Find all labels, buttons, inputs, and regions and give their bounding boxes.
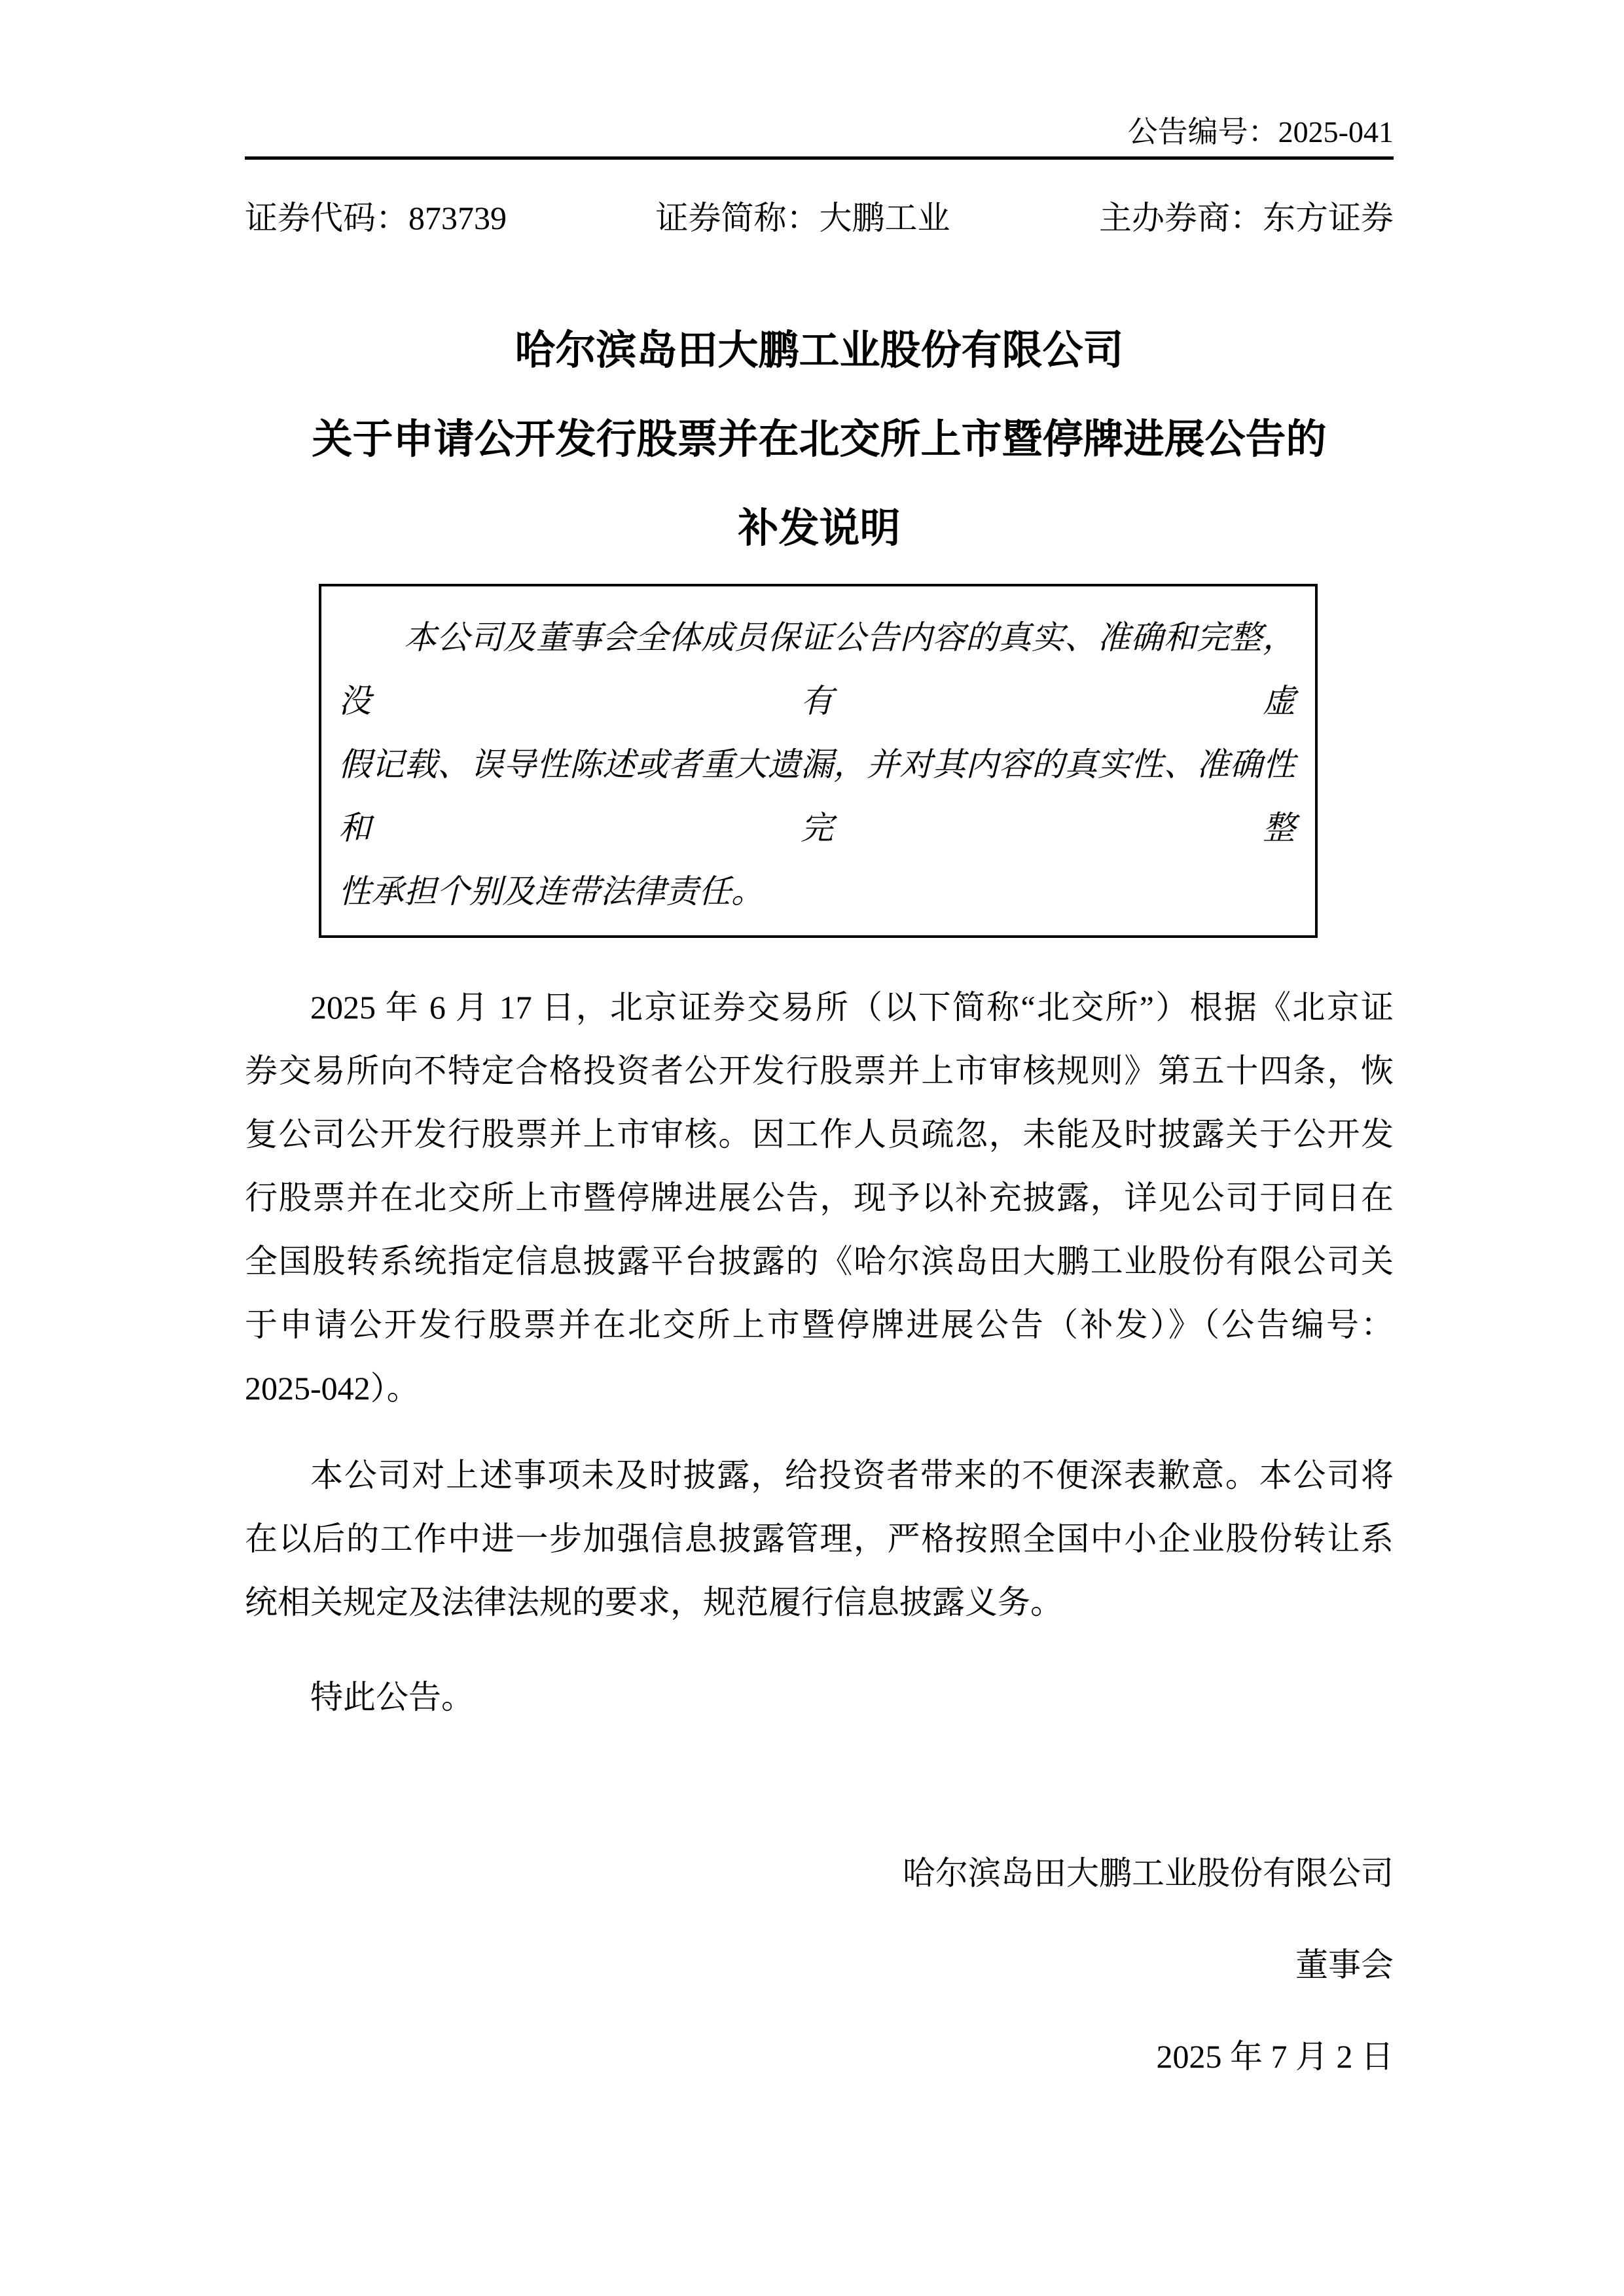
title-line-subject: 关于申请公开发行股票并在北交所上市暨停牌进展公告的	[245, 395, 1394, 484]
disclaimer-line: 假记载、误导性陈述或者重大遗漏，并对其内容的真实性、准确性和完整	[338, 733, 1295, 860]
body-line: 复公司公开发行股票并上市审核。因工作人员疏忽，未能及时披露关于公开发	[245, 1103, 1394, 1166]
body-line: 2025 年 6 月 17 日，北京证券交易所（以下简称“北交所”）根据《北京证	[245, 976, 1394, 1039]
closing-statement: 特此公告。	[245, 1666, 1394, 1729]
body-line: 本公司对上述事项未及时披露，给投资者带来的不便深表歉意。本公司将	[245, 1444, 1394, 1507]
body-line: 统相关规定及法律法规的要求，规范履行信息披露义务。	[245, 1571, 1394, 1634]
body-line: 全国股转系统指定信息披露平台披露的《哈尔滨岛田大鹏工业股份有限公司关	[245, 1230, 1394, 1293]
stock-code: 证券代码：873739	[245, 199, 507, 237]
body-line: 于申请公开发行股票并在北交所上市暨停牌进展公告（补发）》（公告编号：	[245, 1293, 1394, 1357]
announcement-number: 公告编号：2025-041	[245, 115, 1394, 150]
body-paragraph-2: 本公司对上述事项未及时披露，给投资者带来的不便深表歉意。本公司将 在以后的工作中…	[245, 1444, 1394, 1634]
signature-company: 哈尔滨岛田大鹏工业股份有限公司	[245, 1827, 1394, 1919]
body-line: 券交易所向不特定合格投资者公开发行股票并上市审核规则》第五十四条，恢	[245, 1039, 1394, 1103]
announcement-page: 公告编号：2025-041 证券代码：873739 证券简称：大鹏工业 主办券商…	[0, 0, 1624, 2296]
document-title: 哈尔滨岛田大鹏工业股份有限公司 关于申请公开发行股票并在北交所上市暨停牌进展公告…	[245, 306, 1394, 573]
sponsor-broker: 主办券商：东方证券	[1099, 199, 1394, 237]
body-line: 在以后的工作中进一步加强信息披露管理，严格按照全国中小企业股份转让系	[245, 1507, 1394, 1571]
securities-info-bar: 证券代码：873739 证券简称：大鹏工业 主办券商：东方证券	[245, 199, 1394, 237]
body-line: 行股票并在北交所上市暨停牌进展公告，现予以补充披露，详见公司于同日在	[245, 1166, 1394, 1230]
body-paragraph-1: 2025 年 6 月 17 日，北京证券交易所（以下简称“北交所”）根据《北京证…	[245, 976, 1394, 1420]
header-divider	[245, 156, 1394, 160]
signature-date: 2025 年 7 月 2 日	[245, 2011, 1394, 2102]
body-line: 2025-042）。	[245, 1357, 1394, 1420]
signature-board: 董事会	[245, 1919, 1394, 2011]
stock-short-name: 证券简称：大鹏工业	[656, 199, 950, 237]
title-line-supplement: 补发说明	[245, 484, 1394, 573]
disclaimer-line: 本公司及董事会全体成员保证公告内容的真实、准确和完整，没有虚	[338, 606, 1295, 733]
disclaimer-line: 性承担个别及连带法律责任。	[338, 860, 1295, 924]
disclaimer-box: 本公司及董事会全体成员保证公告内容的真实、准确和完整，没有虚 假记载、误导性陈述…	[319, 584, 1318, 938]
signature-block: 哈尔滨岛田大鹏工业股份有限公司 董事会 2025 年 7 月 2 日	[245, 1827, 1394, 2102]
title-line-company: 哈尔滨岛田大鹏工业股份有限公司	[245, 306, 1394, 395]
